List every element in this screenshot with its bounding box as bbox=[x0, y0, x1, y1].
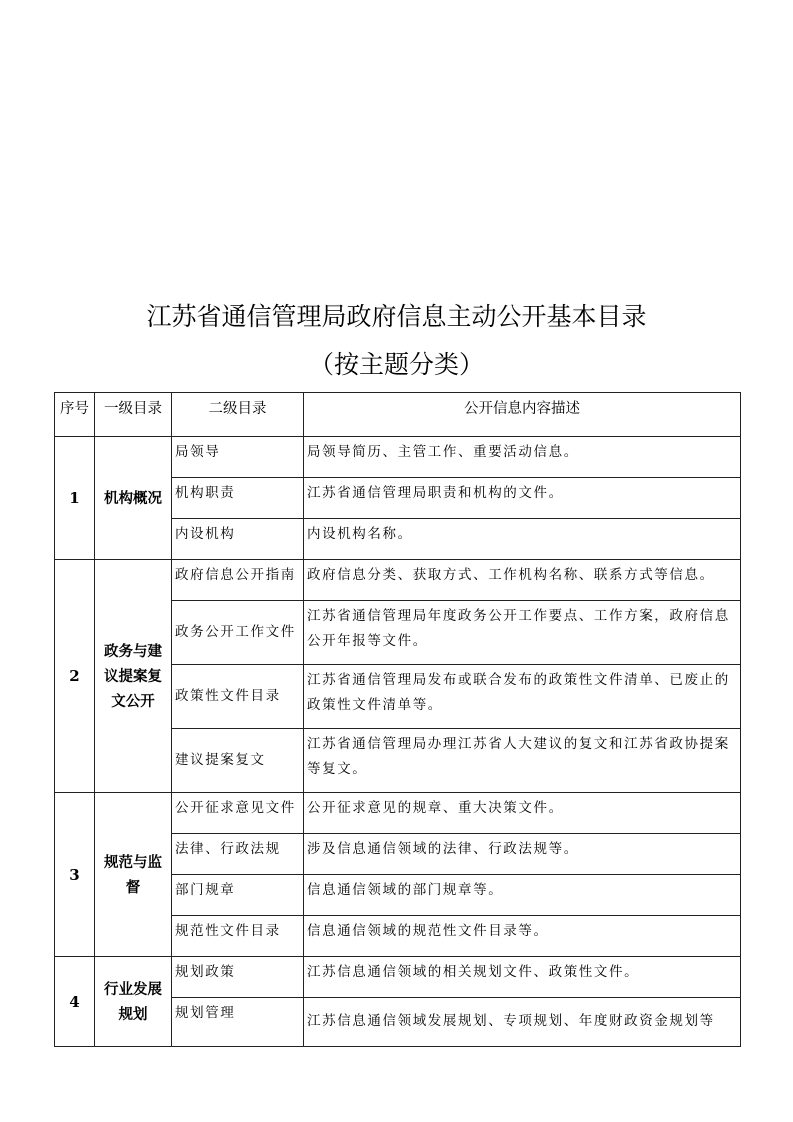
level2-category: 部门规章 bbox=[172, 875, 304, 916]
level2-category: 机构职责 bbox=[172, 478, 304, 519]
level1-category: 行业发展规划 bbox=[95, 957, 172, 1047]
level2-category: 政策性文件目录 bbox=[172, 665, 304, 729]
description-cell: 江苏省通信管理局职责和机构的文件。 bbox=[304, 478, 741, 519]
group-number: 2 bbox=[55, 560, 95, 793]
level2-category: 内设机构 bbox=[172, 519, 304, 560]
level1-category: 规范与监督 bbox=[95, 793, 172, 957]
header-no: 序号 bbox=[55, 393, 95, 437]
level1-category: 机构概况 bbox=[95, 437, 172, 560]
description-cell: 江苏省通信管理局年度政务公开工作要点、工作方案，政府信息公开年报等文件。 bbox=[304, 601, 741, 665]
level2-category: 法律、行政法规 bbox=[172, 834, 304, 875]
description-cell: 江苏省通信管理局发布或联合发布的政策性文件清单、已废止的政策性文件清单等。 bbox=[304, 665, 741, 729]
description-cell: 公开征求意见的规章、重大决策文件。 bbox=[304, 793, 741, 834]
description-cell: 局领导简历、主管工作、重要活动信息。 bbox=[304, 437, 741, 478]
description-cell: 江苏信息通信领域发展规划、专项规划、年度财政资金规划等 bbox=[304, 998, 741, 1047]
header-level1: 一级目录 bbox=[95, 393, 172, 437]
level2-category: 局领导 bbox=[172, 437, 304, 478]
level2-category: 建议提案复文 bbox=[172, 729, 304, 793]
description-cell: 内设机构名称。 bbox=[304, 519, 741, 560]
document-subtitle: （按主题分类） bbox=[0, 345, 793, 381]
table-row: 1 机构概况 局领导 局领导简历、主管工作、重要活动信息。 bbox=[55, 437, 741, 478]
group-number: 3 bbox=[55, 793, 95, 957]
table-row: 3 规范与监督 公开征求意见文件 公开征求意见的规章、重大决策文件。 bbox=[55, 793, 741, 834]
description-cell: 江苏信息通信领域的相关规划文件、政策性文件。 bbox=[304, 957, 741, 998]
level2-category: 规划管理 bbox=[172, 998, 304, 1047]
description-cell: 江苏省通信管理局办理江苏省人大建议的复文和江苏省政协提案等复文。 bbox=[304, 729, 741, 793]
header-description: 公开信息内容描述 bbox=[304, 393, 741, 437]
description-cell: 信息通信领域的规范性文件目录等。 bbox=[304, 916, 741, 957]
catalog-table: 序号 一级目录 二级目录 公开信息内容描述 1 机构概况 局领导 局领导简历、主… bbox=[54, 392, 741, 1047]
level2-category: 政府信息公开指南 bbox=[172, 560, 304, 601]
document-title: 江苏省通信管理局政府信息主动公开基本目录 bbox=[0, 297, 793, 333]
group-number: 1 bbox=[55, 437, 95, 560]
header-level2: 二级目录 bbox=[172, 393, 304, 437]
description-cell: 信息通信领域的部门规章等。 bbox=[304, 875, 741, 916]
description-cell: 政府信息分类、获取方式、工作机构名称、联系方式等信息。 bbox=[304, 560, 741, 601]
table-header-row: 序号 一级目录 二级目录 公开信息内容描述 bbox=[55, 393, 741, 437]
level2-category: 规划政策 bbox=[172, 957, 304, 998]
description-cell: 涉及信息通信领域的法律、行政法规等。 bbox=[304, 834, 741, 875]
table-row: 4 行业发展规划 规划政策 江苏信息通信领域的相关规划文件、政策性文件。 bbox=[55, 957, 741, 998]
level1-category: 政务与建议提案复文公开 bbox=[95, 560, 172, 793]
level2-category: 规范性文件目录 bbox=[172, 916, 304, 957]
table-row: 2 政务与建议提案复文公开 政府信息公开指南 政府信息分类、获取方式、工作机构名… bbox=[55, 560, 741, 601]
group-number: 4 bbox=[55, 957, 95, 1047]
level2-category: 公开征求意见文件 bbox=[172, 793, 304, 834]
level2-category: 政务公开工作文件 bbox=[172, 601, 304, 665]
